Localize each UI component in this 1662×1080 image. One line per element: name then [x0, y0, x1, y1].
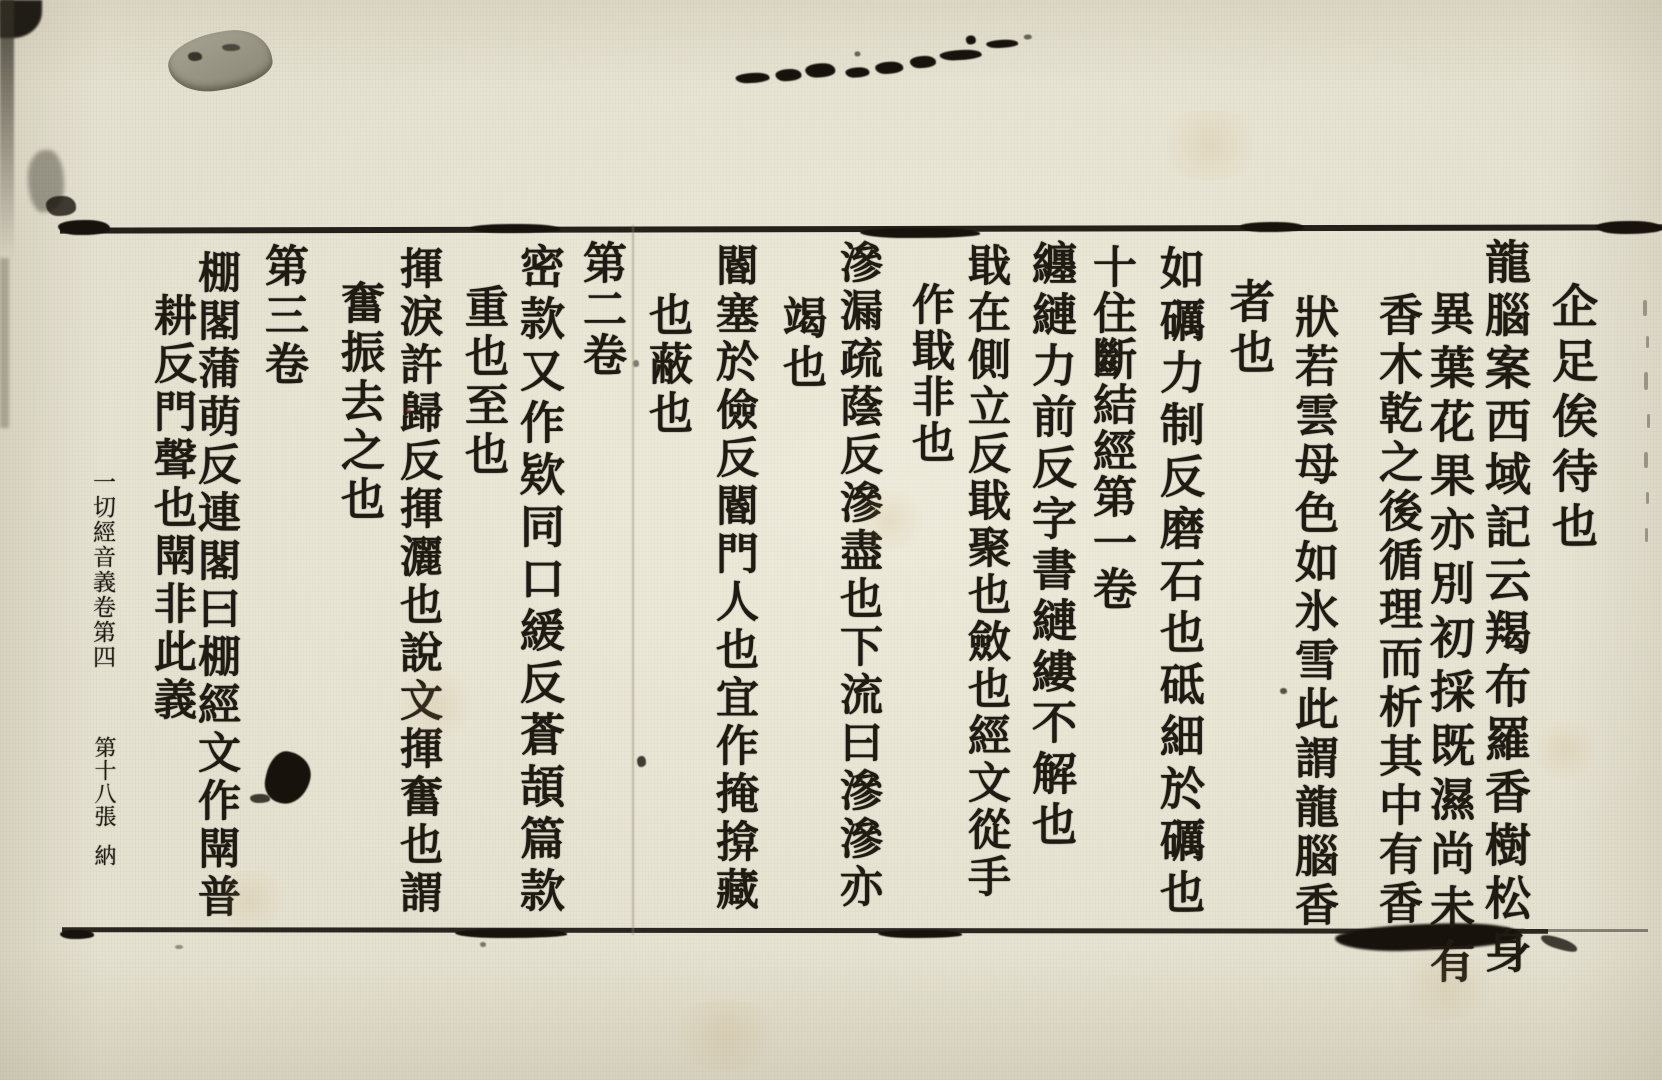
sheet-number-text: 第十八張	[91, 736, 116, 828]
tear-speck	[222, 44, 240, 51]
text-column-12: 滲漏疏蔭反滲盡也下流曰滲滲亦	[836, 240, 879, 912]
left-mid-patch	[28, 150, 64, 212]
foxing-spot	[850, 490, 930, 550]
bottom-border-blob	[60, 930, 94, 939]
paper-tear-top-left	[164, 25, 275, 97]
ink-speck	[480, 942, 486, 947]
text-column-18: 重也至也	[460, 284, 504, 480]
top-border-blob	[58, 220, 110, 235]
right-edge-mark	[1646, 336, 1649, 348]
ink-blob-left-tail	[250, 794, 270, 803]
text-column-5: 狀若雲母色如氷雪此謂龍腦香	[1290, 294, 1334, 931]
scroll-number-column-2: 第二卷	[578, 240, 622, 378]
bottom-border-blob	[878, 930, 962, 938]
text-column-17: 密款又作欵同口緩反蒼頡篇款	[516, 243, 561, 919]
volume-colophon: 一切經音義卷第四	[90, 470, 113, 670]
ink-speck	[637, 756, 646, 767]
foxing-spot	[390, 670, 480, 740]
text-column-14: 閽塞於儉反閽門人也宜作掩揜藏	[712, 243, 755, 915]
foxing-spot	[660, 1000, 790, 1070]
text-column-4: 香木乾之後循理而析其中有香	[1374, 292, 1418, 929]
text-column-9: 纏縺力前反字書縺縷不解也	[1028, 240, 1073, 852]
text-column-7: 如礪力制反磨石也砥細於礪也	[1156, 245, 1201, 921]
text-column-3: 異葉花果亦別初採既濕尚未有	[1426, 290, 1471, 992]
bottom-border-squiggle	[1539, 932, 1579, 954]
sutra-title-column: 十住斷結經第一卷	[1088, 244, 1132, 612]
scroll-number-column-3: 第三卷	[260, 243, 304, 390]
top-border-blob	[1240, 222, 1304, 232]
text-column-22: 棚閣蒲萌反連閣曰棚經文作閛普	[194, 250, 237, 922]
frame-bottom-border-faint	[1548, 929, 1648, 932]
ink-smudge-top	[734, 32, 1036, 96]
ink-speck	[1280, 688, 1287, 694]
foxing-spot	[1390, 950, 1500, 1020]
top-border-blob	[1596, 221, 1662, 234]
right-edge-mark	[1643, 300, 1647, 316]
text-column-19: 揮淚許歸反揮灑也說文揮奮也謂	[396, 246, 439, 918]
right-edge-mark	[1644, 452, 1648, 468]
text-column-15: 也蔽也	[644, 292, 688, 439]
bottom-border-blob	[455, 929, 567, 938]
foxing-spot	[1150, 110, 1270, 180]
text-column-1: 企足俟待也	[1549, 282, 1595, 557]
ink-speck	[175, 945, 183, 949]
sheet-number-colophon: 第十八張納	[92, 736, 114, 867]
left-edge-smudge-low	[0, 258, 9, 428]
right-edge-mark	[1644, 372, 1648, 390]
text-column-11: 作戢非也	[908, 282, 951, 466]
top-border-blob	[470, 224, 560, 233]
carver-mark-text: 納	[91, 844, 116, 867]
text-column-10: 戢在側立反戢聚也斂也經文從手	[964, 243, 1007, 901]
top-border-blob	[860, 228, 980, 238]
right-edge-mark	[1647, 414, 1650, 428]
text-column-20: 奮振去之也	[336, 280, 380, 525]
sheet-joint-crease	[632, 225, 634, 935]
foxing-spot	[1530, 720, 1600, 780]
right-edge-mark	[1646, 492, 1649, 504]
text-column-6: 者也	[1226, 278, 1271, 380]
tear-speck	[188, 52, 202, 61]
woodblock-print-page: 企足俟待也 龍腦案西域記云羯布羅香樹松身 異葉花果亦別初採既濕尚未有 香木乾之後…	[0, 0, 1662, 1080]
foxing-spot	[210, 870, 290, 930]
right-edge-mark	[1645, 528, 1648, 542]
text-column-23: 耕反門聲也閛非此義	[150, 293, 193, 725]
volume-colophon-text: 一切經音義卷第四	[89, 470, 115, 670]
text-column-2: 龍腦案西域記云羯布羅香樹松身	[1482, 238, 1528, 980]
text-column-13: 竭也	[778, 295, 822, 393]
left-edge-smudge	[0, 0, 14, 260]
